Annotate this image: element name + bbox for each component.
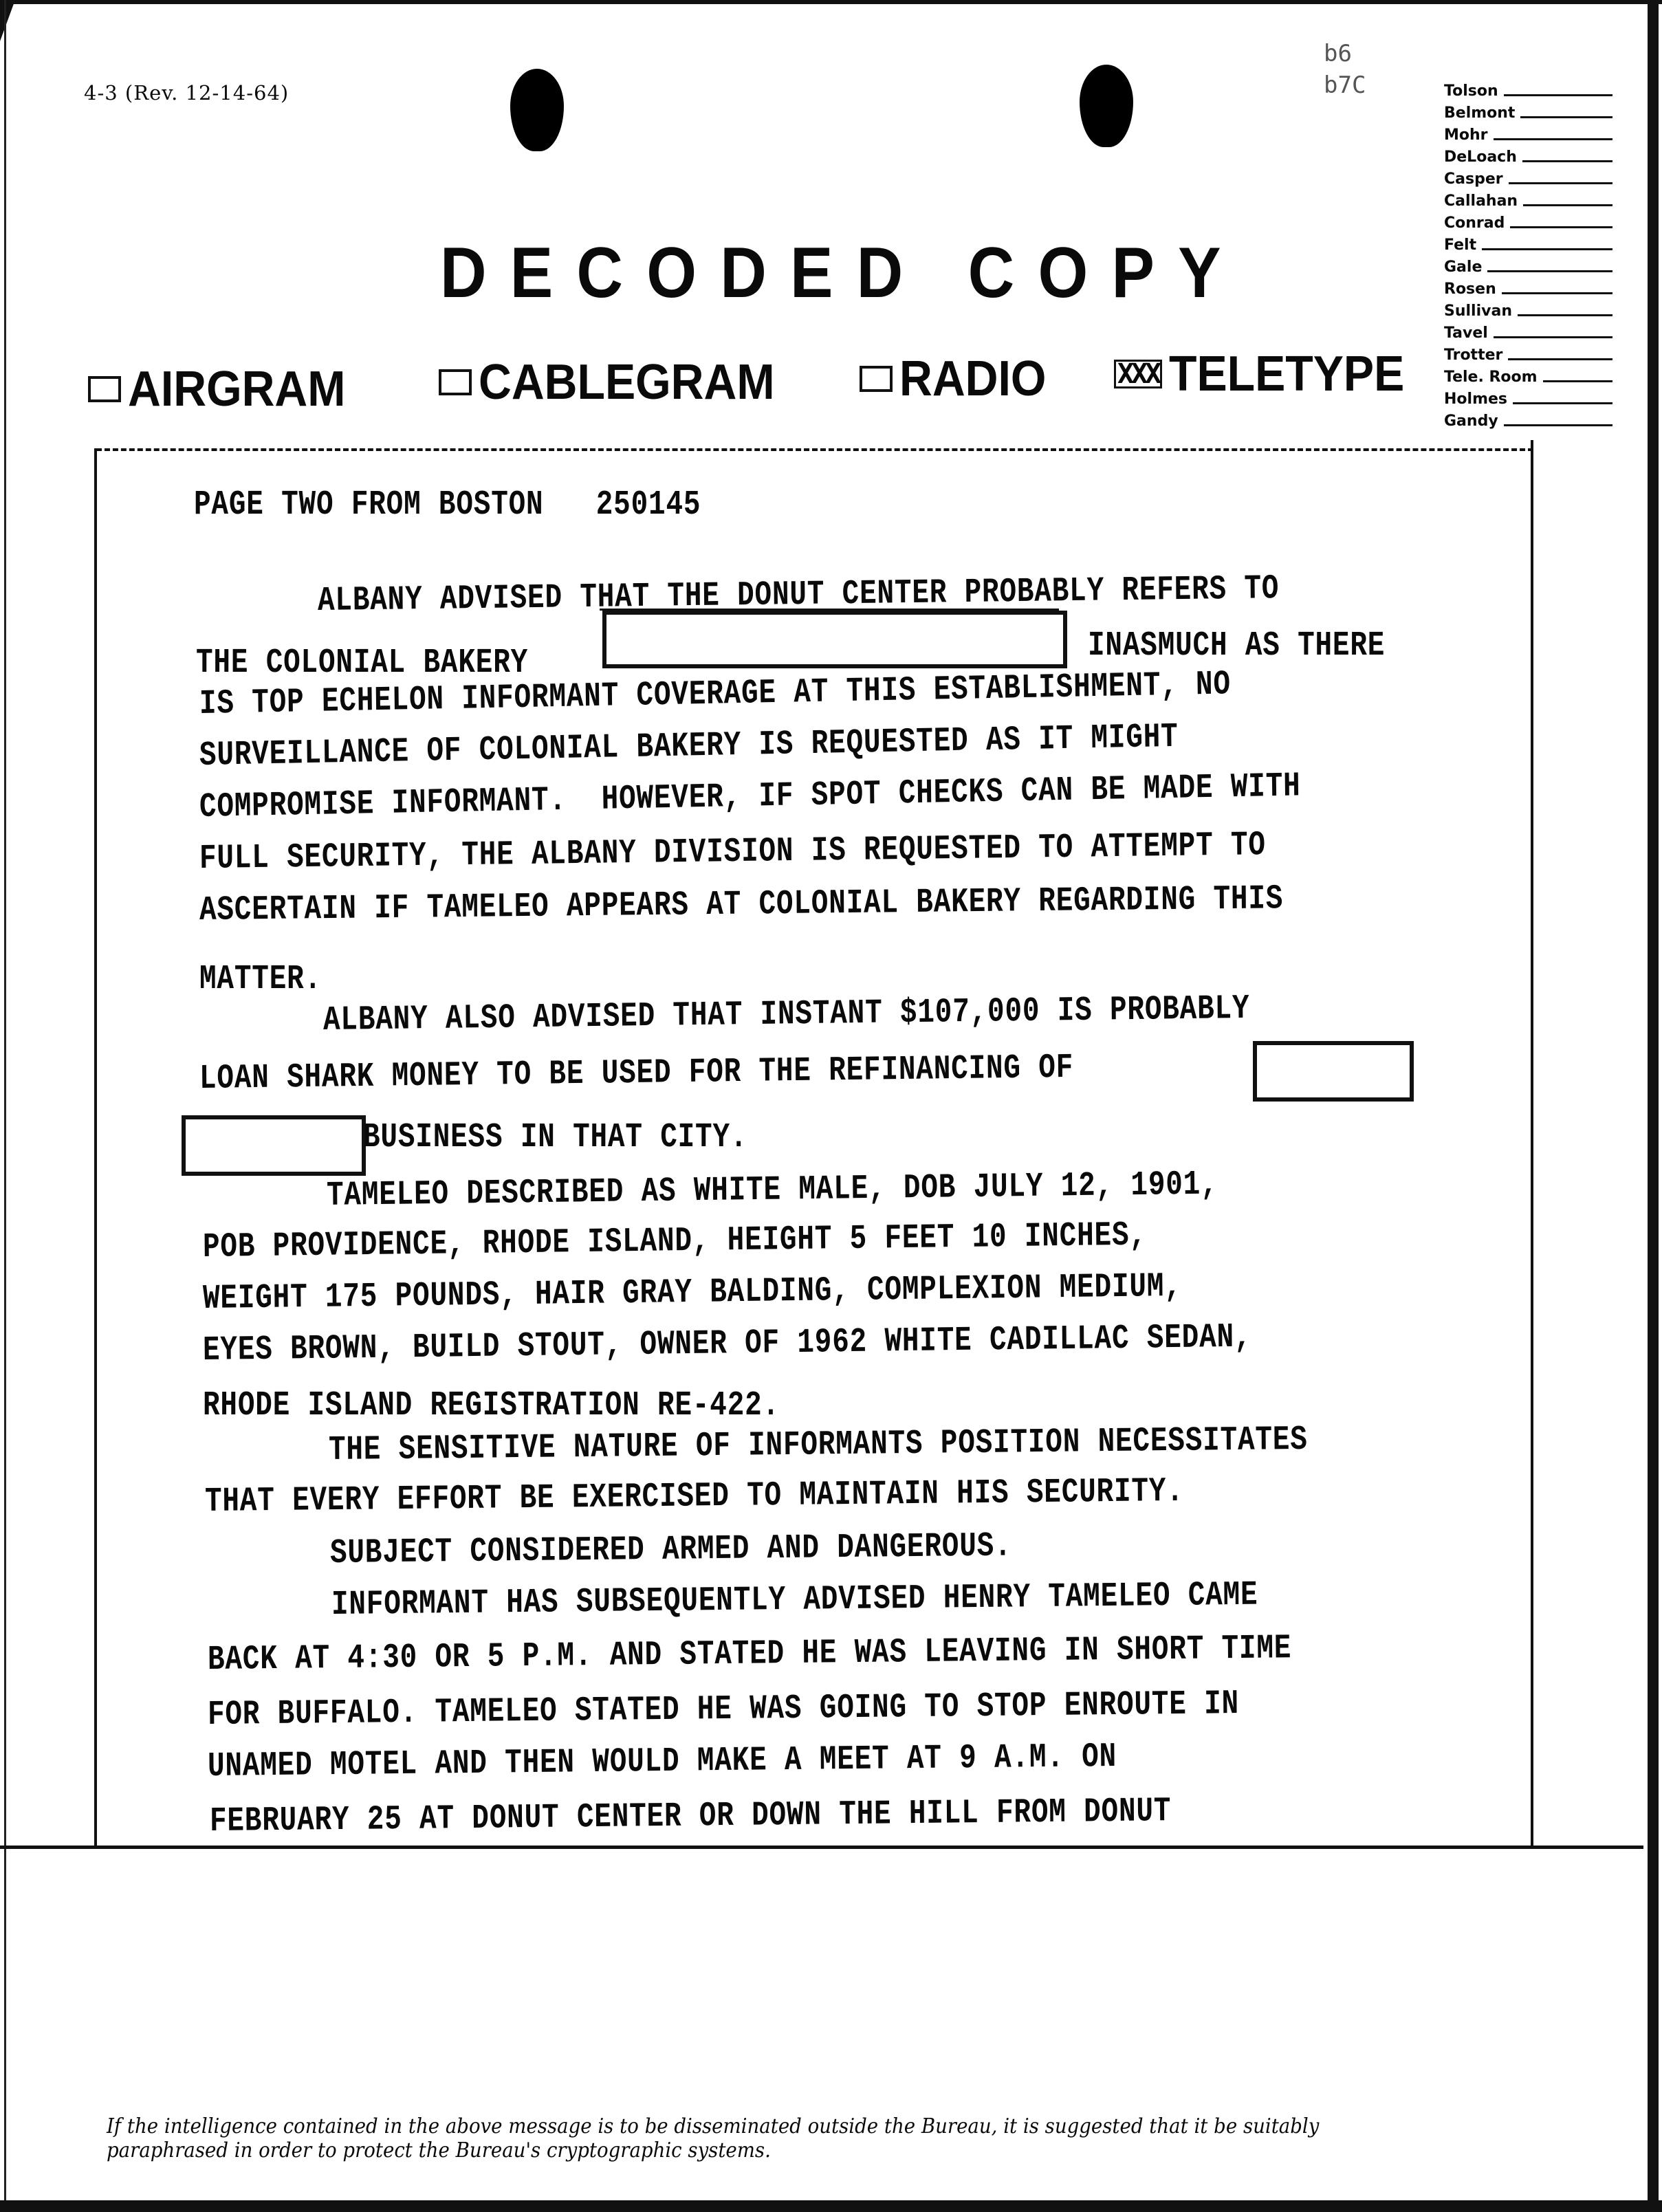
routing-name: Tele. Room [1444,370,1538,385]
footer-note: If the intelligence contained in the abo… [107,2116,1319,2137]
page-edge-bottom [0,2200,1662,2212]
option-radio[interactable]: RADIO [860,354,1059,404]
initial-line[interactable] [1482,248,1612,250]
initial-line[interactable] [1543,380,1612,382]
initial-line[interactable] [1513,402,1612,404]
initial-line[interactable] [1522,160,1612,162]
message-line: SUBJECT CONSIDERED ARMED AND DANGEROUS. [330,1529,1012,1571]
initial-line[interactable] [1494,138,1612,140]
message-line: TAMELEO DESCRIBED AS WHITE MALE, DOB JUL… [327,1168,1218,1214]
message-line: LOAN SHARK MONEY TO BE USED FOR THE REFI… [199,1051,1074,1097]
option-label: CABLEGRAM [479,358,775,407]
routing-name: Tavel [1444,326,1488,341]
checked-box-icon[interactable]: XXX [1114,360,1162,388]
message-line: ALBANY ALSO ADVISED THAT INSTANT $107,00… [323,992,1250,1038]
routing-row: Casper [1444,165,1612,187]
exemption-code: b7C [1324,72,1366,99]
routing-row: Tolson [1444,77,1612,99]
message-line: POB PROVIDENCE, RHODE ISLAND, HEIGHT 5 F… [203,1218,1147,1265]
routing-name: Belmont [1444,106,1515,121]
initial-line[interactable] [1518,314,1612,316]
redaction-box [1253,1041,1414,1102]
message-box-border [0,1846,1643,1849]
message-line: EYES BROWN, BUILD STOUT, OWNER OF 1962 W… [203,1321,1252,1368]
message-line: MATTER. [199,963,322,997]
initial-line[interactable] [1504,424,1612,426]
routing-name: Mohr [1444,128,1488,143]
message-line: FULL SECURITY, THE ALBANY DIVISION IS RE… [199,829,1266,877]
message-line: FEBRUARY 25 AT DONUT CENTER OR DOWN THE … [210,1795,1172,1839]
routing-name: Casper [1444,172,1503,187]
routing-row: Mohr [1444,121,1612,143]
message-line: THAT EVERY EFFORT BE EXERCISED TO MAINTA… [205,1475,1184,1520]
option-label: TELETYPE [1169,349,1404,399]
routing-list: TolsonBelmontMohrDeLoachCasperCallahanCo… [1444,77,1612,429]
routing-name: Tolson [1444,84,1498,99]
message-line: INASMUCH AS THERE [1088,629,1385,664]
exemption-code: b6 [1324,40,1352,67]
routing-name: Trotter [1444,348,1502,363]
footer-note: paraphrased in order to protect the Bure… [107,2140,771,2161]
routing-row: DeLoach [1444,143,1612,165]
initial-line[interactable] [1520,116,1612,118]
checkbox-icon[interactable] [860,366,893,392]
routing-name: Holmes [1444,392,1507,407]
message-line: COMPROMISE INFORMANT. HOWEVER, IF SPOT C… [199,769,1301,825]
routing-name: Conrad [1444,216,1505,231]
message-line: INFORMANT HAS SUBSEQUENTLY ADVISED HENRY… [331,1579,1258,1623]
routing-name: Gandy [1444,414,1498,429]
routing-row: Conrad [1444,209,1612,231]
checkbox-icon[interactable] [439,369,472,395]
routing-row: Tele. Room [1444,363,1612,385]
option-airgram[interactable]: AIRGRAM [88,364,364,414]
redaction-box [182,1115,366,1176]
initial-line[interactable] [1494,336,1612,338]
message-box-border [1531,440,1533,1847]
routing-name: Callahan [1444,194,1518,209]
checkbox-icon[interactable] [88,376,121,402]
page-edge-left [4,0,6,2212]
option-cablegram[interactable]: CABLEGRAM [439,358,800,407]
punch-hole-icon [1080,65,1133,147]
message-line: RHODE ISLAND REGISTRATION RE-422. [203,1389,780,1423]
document-title: DECODED COPY [440,237,1245,309]
initial-line[interactable] [1508,358,1612,360]
message-header: PAGE TWO FROM BOSTON 250145 [194,488,701,523]
option-label: RADIO [899,354,1046,404]
message-line: THE SENSITIVE NATURE OF INFORMANTS POSIT… [329,1423,1308,1468]
routing-row: Rosen [1444,275,1612,297]
routing-name: Sullivan [1444,304,1512,319]
message-box-border [94,448,97,1848]
initial-line[interactable] [1523,204,1612,206]
redaction-box [602,611,1067,668]
routing-row: Felt [1444,231,1612,253]
routing-row: Gandy [1444,407,1612,429]
page-corner-shadow [0,0,15,41]
message-line: THE COLONIAL BAKERY [196,646,528,681]
message-line: SURVEILLANCE OF COLONIAL BAKERY IS REQUE… [199,721,1179,774]
dashed-divider [96,448,1533,451]
message-line: FOR BUFFALO. TAMELEO STATED HE WAS GOING… [208,1687,1239,1733]
form-number: 4-3 (Rev. 12-14-64) [84,81,289,105]
punch-hole-icon [510,69,564,151]
page-edge-top [0,0,1662,4]
message-line: UNAMED MOTEL AND THEN WOULD MAKE A MEET … [208,1740,1117,1784]
routing-row: Callahan [1444,187,1612,209]
routing-row: Sullivan [1444,297,1612,319]
initial-line[interactable] [1502,292,1612,294]
routing-row: Tavel [1444,319,1612,341]
routing-row: Gale [1444,253,1612,275]
routing-row: Trotter [1444,341,1612,363]
page-edge-right [1648,0,1659,2212]
routing-name: DeLoach [1444,150,1517,165]
message-line: ASCERTAIN IF TAMELEO APPEARS AT COLONIAL… [199,882,1284,928]
initial-line[interactable] [1509,182,1612,184]
routing-name: Gale [1444,260,1482,275]
option-label: AIRGRAM [128,364,345,414]
routing-name: Felt [1444,238,1476,253]
routing-row: Belmont [1444,99,1612,121]
message-line: BUSINESS IN THAT CITY. [363,1121,747,1155]
initial-line[interactable] [1510,226,1612,228]
routing-row: Holmes [1444,385,1612,407]
routing-name: Rosen [1444,282,1496,297]
option-teletype[interactable]: XXX TELETYPE [1114,349,1425,399]
initial-line[interactable] [1487,270,1612,272]
message-line: WEIGHT 175 POUNDS, HAIR GRAY BALDING, CO… [203,1270,1182,1317]
initial-line[interactable] [1504,94,1612,96]
message-line: BACK AT 4:30 OR 5 P.M. AND STATED HE WAS… [208,1632,1292,1678]
